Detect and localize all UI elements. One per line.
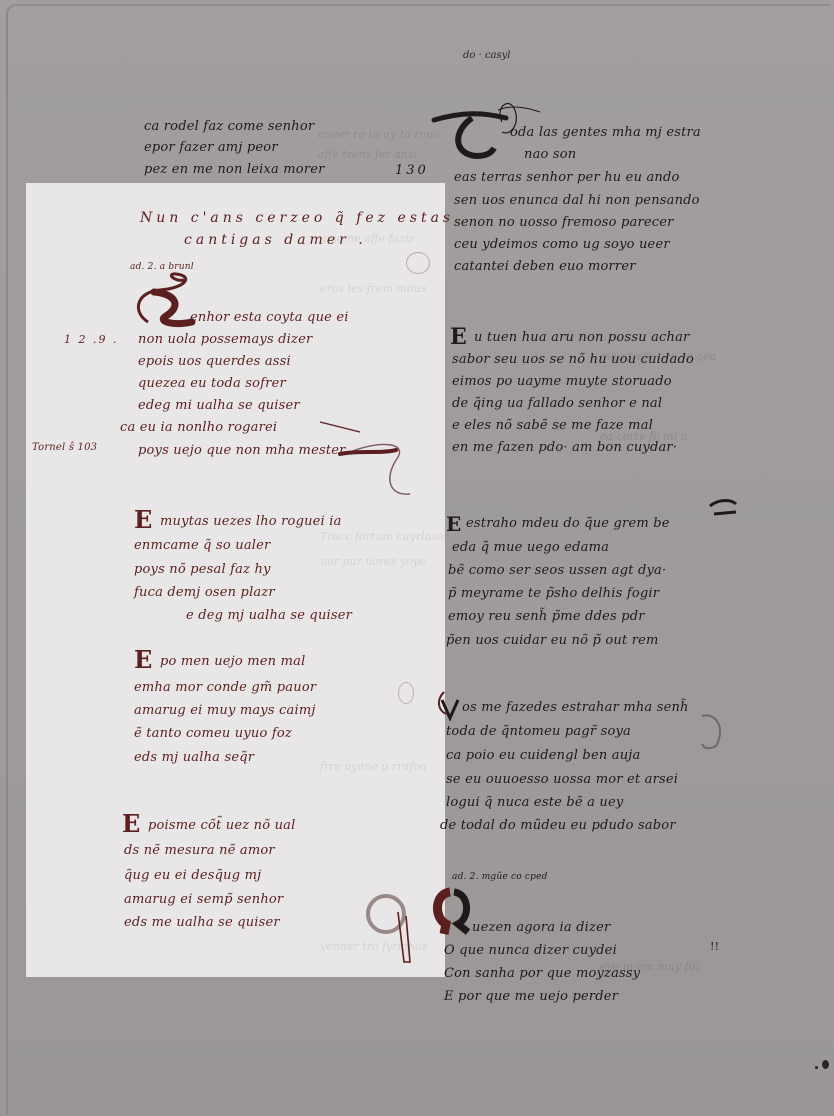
folio-note: do · casyl (463, 50, 511, 61)
rubric-note: ad. 2. a brunl (130, 262, 194, 272)
rubric-title: Nun c'ans cerzeo q̃ fez estas (140, 210, 454, 226)
verse-line: non uola possemays dizer (138, 332, 312, 347)
stanza-initial: E (446, 514, 461, 534)
pen-flourish-icon (300, 420, 430, 510)
show-through-text: uor pur uores yoye (320, 555, 426, 568)
stanza-initial: E (134, 648, 152, 672)
verse-line: pez en me non leixa morer (144, 162, 325, 177)
verse-line: os me fazedes estrahar mha senh̃ (462, 700, 689, 715)
verse-line: e deg mj ualha se quiser (186, 608, 352, 623)
stanza-initial: E (134, 508, 152, 532)
marginal-mark: !! (710, 940, 719, 953)
verse-line: emha mor conde gm̃ pauor (134, 680, 316, 695)
verse-line: senon no uosso fremoso parecer (454, 215, 674, 230)
verse-line: p̃ meyrame te p̃sho delhis fogir (448, 586, 659, 601)
verse-line: enmcame q̃ so ualer (134, 538, 270, 553)
verse-line: de q̃ing ua fallado senhor e nal (452, 396, 662, 411)
folio-number: 130 (395, 163, 429, 178)
verse-line: bẽ como ser seos ussen agt dya· (448, 563, 666, 578)
verse-line: logui q̃ nuca este bẽ a uey (446, 795, 623, 810)
verse-line: emoy reu senh̃ p̃me ddes pdr (448, 609, 645, 624)
verse-line: muytas uezes lho roguei ia (160, 514, 342, 529)
verse-line: de todal do mũdeu eu pdudo sabor (440, 818, 676, 833)
verse-line: epor fazer amj peor (144, 140, 278, 155)
stanza-initial: E (450, 326, 467, 348)
ink-blot (822, 1060, 829, 1069)
verse-line: amarug ei muy mays caimj (134, 703, 316, 718)
verse-line: fuca demj osen plazr (134, 585, 275, 600)
verse-line: po men uejo men mal (160, 654, 305, 669)
stanza-initial: E (122, 812, 140, 836)
rubric-note: ad. 2. mgũe co cped (452, 872, 548, 882)
verse-line: q̃ug eu ei desq̃ug mj (124, 868, 261, 883)
show-through-text: affe trens fer ansi (318, 148, 417, 161)
verse-line: uezen agora ia dizer (472, 920, 610, 935)
show-through-text: Tracc fortum cuyrlasor (320, 530, 449, 543)
pen-flourish-icon (706, 496, 742, 526)
faded-initial-q-icon (364, 892, 424, 972)
verse-line: sabor seu uos se nõ hu uou cuidado (452, 352, 694, 367)
show-through-text: couer ra ta uy ta rouo (318, 128, 440, 141)
verse-line: ca rodel faz come senhor (144, 119, 314, 134)
verse-line: se eu ouuoesso uossa mor et arsei (446, 772, 678, 787)
verse-line: estraho mdeu do q̃ue grem be (466, 516, 670, 531)
show-through-text: frre aynne u rrafoa (320, 760, 426, 773)
verse-line: e eles nõ sabẽ se me faze mal (452, 418, 653, 433)
marginal-loop-mark (398, 682, 414, 704)
verse-line: Con sanha por que moyzassy (444, 966, 640, 981)
verse-line: ca poio eu cuidengl ben auja (446, 748, 640, 763)
verse-line: catantei deben euo morrer (454, 259, 636, 274)
verse-line: epois uos querdes assi (138, 354, 291, 369)
verse-line: edeg mi ualha se quiser (138, 398, 300, 413)
verse-line: p̃en uos cuidar eu nõ p̃ out rem (446, 633, 659, 648)
verse-line: ds nẽ mesura nẽ amor (124, 843, 275, 858)
verse-line: nao son (524, 147, 576, 162)
verse-line: eds mj ualha seq̃r (134, 750, 254, 765)
verse-line: ẽ tanto comeu uyuo foz (134, 726, 292, 741)
manuscript-page: couer ra ta uy ta rouo affe trens fer an… (0, 0, 834, 1116)
verse-line: ca eu ia nonlho rogarei (120, 420, 277, 435)
verse-line: amarug ei semp̃ senhor (124, 892, 283, 907)
verse-line: toda de q̃ntomeu pagr̃ soya (446, 724, 631, 739)
rubric-subtitle: cantigas damer . (184, 232, 367, 248)
verse-line: O que nunca dizer cuydei (444, 943, 617, 958)
ink-blot (815, 1066, 818, 1069)
marginal-loop-mark (406, 252, 430, 274)
faded-loop-mark-icon (696, 712, 736, 752)
verse-line: eds me ualha se quiser (124, 915, 280, 930)
verse-line: eas terras senhor per hu eu ando (454, 170, 680, 185)
verse-line: quezea eu toda sofrer (138, 376, 286, 391)
show-through-text: eros les frem mous (320, 282, 426, 295)
verse-line: sen uos enunca dal hi non pensando (454, 193, 700, 208)
verse-line: eda q̃ mue uego edama (452, 540, 609, 555)
verse-line: E por que me uejo perder (444, 989, 618, 1004)
margin-number: 1 2 .9 . (64, 333, 118, 346)
verse-line: poisme cõt̃ uez nõ ual (148, 818, 295, 833)
verse-line: poys nõ pesal faz hy (134, 562, 271, 577)
verse-line: ceu ydeimos como ug soyo ueer (454, 237, 670, 252)
margin-reference: Tornel ŝ 103 (32, 442, 97, 453)
verse-line: u tuen hua aru non possu achar (474, 330, 689, 345)
verse-line: eimos po uayme muyte storuado (452, 374, 672, 389)
verse-line: oda las gentes mha mj estra (510, 125, 701, 140)
decorated-initial-q-icon (432, 888, 476, 944)
verse-line: en me fazen pdo· am bon cuydar· (452, 440, 677, 455)
verse-line: enhor esta coyta que ei (190, 310, 349, 325)
